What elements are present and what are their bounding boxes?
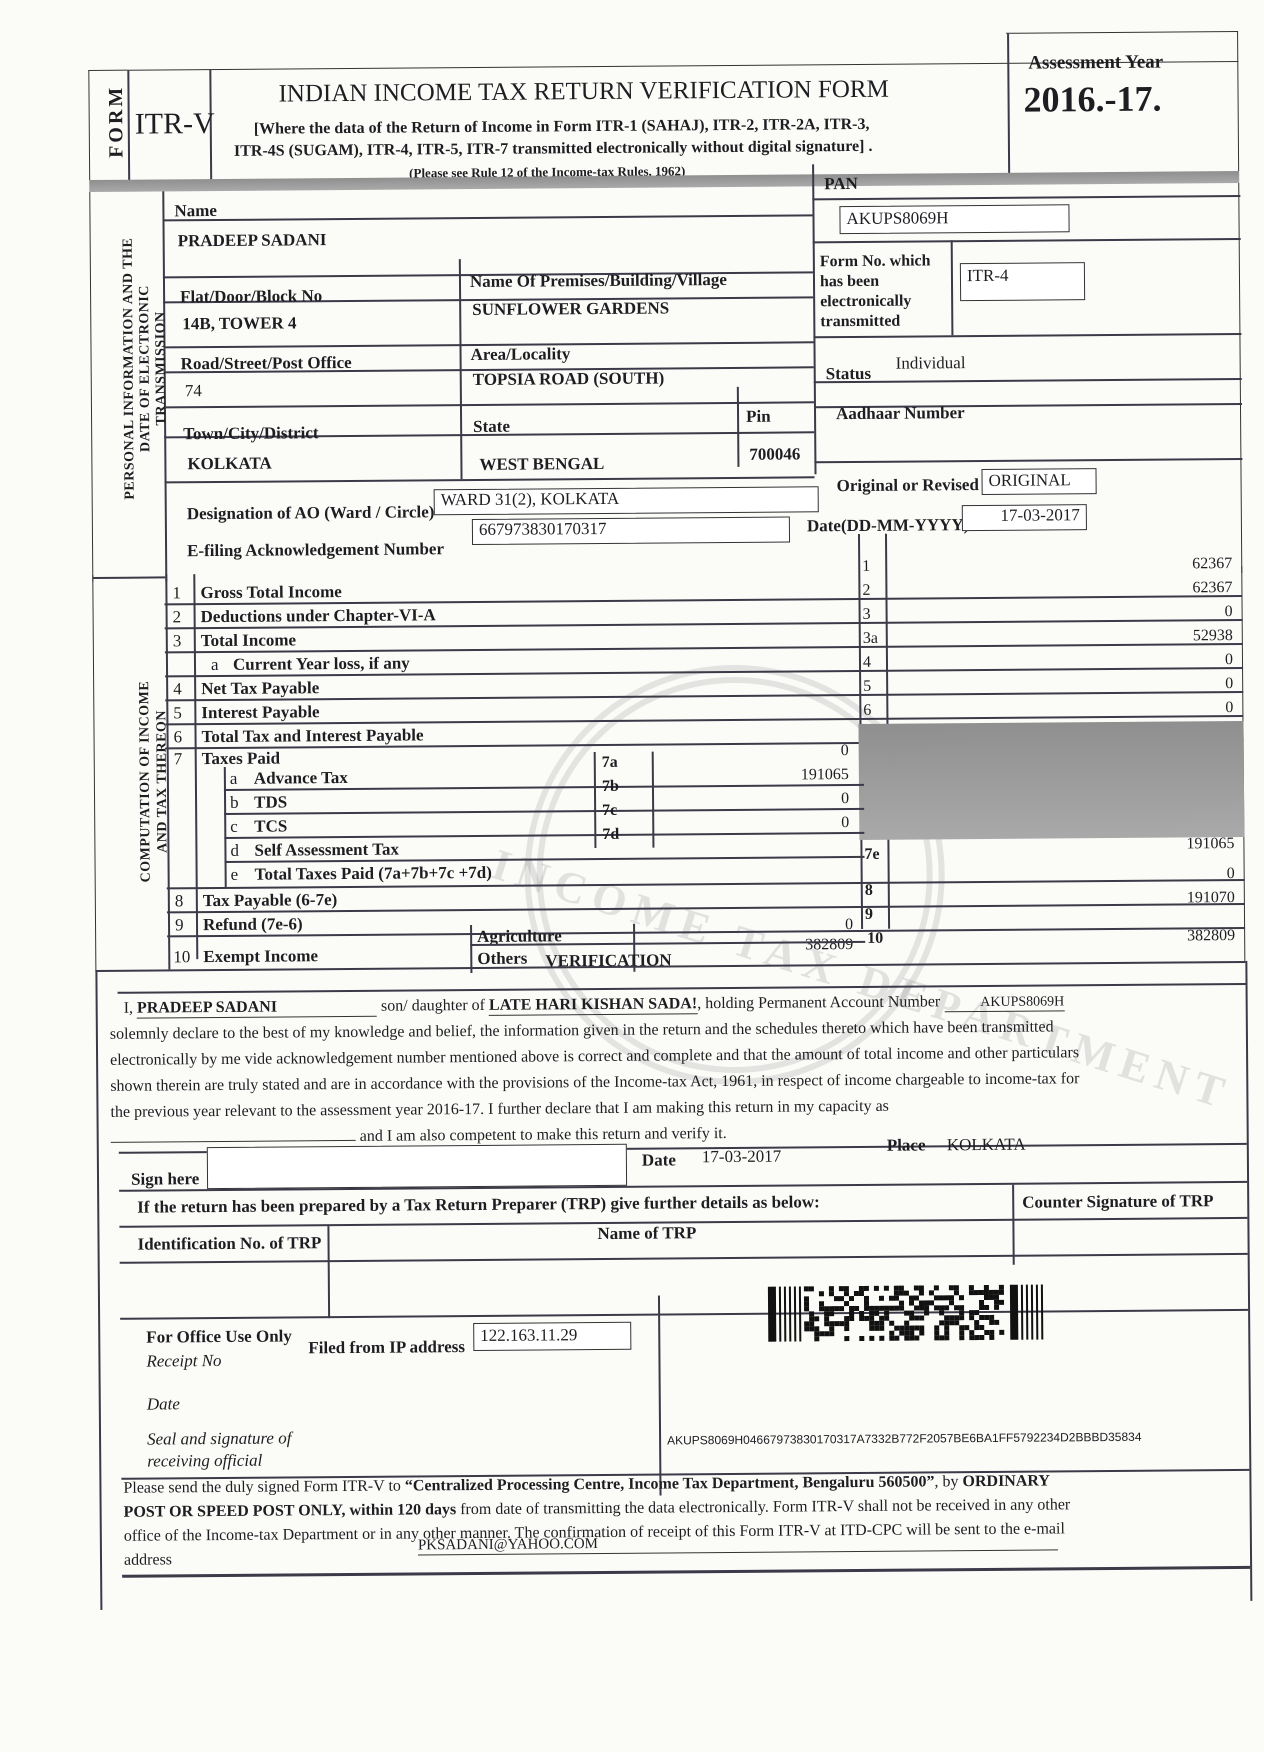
ao-field[interactable]: WARD 31(2), KOLKATA — [434, 486, 819, 515]
row-number: 4 — [173, 679, 182, 699]
sub-label: Self Assessment Tax — [254, 840, 399, 861]
row-number: 6 — [173, 727, 182, 747]
sub-value: 0 — [654, 790, 849, 810]
row-value: 382809 — [895, 927, 1235, 948]
row-ref: 3a — [863, 630, 878, 648]
row-label: Tax Payable (6-7e) — [203, 890, 338, 911]
pan-label: PAN — [824, 174, 858, 194]
signature-box[interactable] — [207, 1144, 627, 1189]
orig-rev-label: Original or Revised — [837, 475, 979, 496]
row-number: 3 — [173, 631, 182, 651]
premises-value: SUNFLOWER GARDENS — [472, 298, 669, 320]
row-ref: 10 — [867, 930, 883, 948]
sub-letter: d — [230, 841, 239, 861]
road-value: 74 — [185, 381, 202, 401]
place-value: KOLKATA — [947, 1135, 1026, 1156]
trp-id-field[interactable] — [122, 1264, 326, 1316]
row-label: Interest Payable — [201, 702, 319, 723]
form-no-field[interactable]: ITR-4 — [960, 262, 1085, 301]
assessment-year: 2016.-17. — [1023, 78, 1161, 121]
verification-line2: electronically by me vide acknowledgemen… — [110, 1044, 1079, 1070]
row-number: 2 — [173, 607, 182, 627]
ack-label: E-filing Acknowledgement Number — [187, 539, 444, 561]
sub-letter: c — [230, 817, 238, 837]
trp-intro: If the return has been prepared by a Tax… — [137, 1192, 820, 1217]
computation-rows: 1Gross Total Income1623672Deductions und… — [88, 21, 1248, 30]
row-value: 191065 — [894, 835, 1234, 856]
sub-value: 0 — [654, 814, 849, 834]
ack-field[interactable]: 667973830170317 — [472, 517, 790, 545]
town-label: Town/City/District — [183, 423, 319, 444]
verification-line5: and I am also competent to make this ret… — [111, 1125, 727, 1148]
row-value: 62367 — [892, 555, 1232, 576]
verification-line4: the previous year relevant to the assess… — [110, 1098, 889, 1122]
ao-label: Designation of AO (Ward / Circle) — [187, 502, 435, 524]
date-label: Date(DD-MM-YYYY) — [807, 515, 970, 536]
sub-label: TCS — [254, 816, 287, 836]
sub-label: Advance Tax — [254, 768, 348, 789]
row-ref: 3 — [863, 606, 871, 624]
itr-v-form: INCOME TAX DEPARTMENT FORM ITR-V INDIAN … — [88, 21, 1260, 1615]
row-number: 7 — [174, 749, 183, 769]
state-value: WEST BENGAL — [479, 454, 604, 475]
road-label: Road/Street/Post Office — [181, 353, 352, 374]
date-field[interactable]: 17-03-2017 — [962, 504, 1087, 531]
computation-section-label: COMPUTATION OF INCOME AND TAX THEREON — [136, 661, 172, 901]
row-value: 191070 — [895, 889, 1235, 910]
sub-label: TDS — [254, 792, 287, 812]
row-ref: 6 — [863, 702, 871, 720]
name-value: PRADEEP SADANI — [178, 230, 327, 251]
row-value: 62367 — [892, 579, 1232, 600]
sub-ref: 7c — [602, 802, 617, 820]
row-label: Total Tax and Interest Payable — [201, 725, 423, 747]
row-ref: 9 — [865, 906, 873, 924]
receipt-no-label: Receipt No — [146, 1351, 221, 1372]
town-value: KOLKATA — [187, 454, 272, 475]
office-date-label: Date — [147, 1394, 180, 1414]
form-code: ITR-V — [135, 107, 215, 142]
row-number: a — [211, 655, 219, 675]
name-label: Name — [174, 201, 217, 221]
row-label: Total Income — [201, 630, 296, 651]
flat-label: Flat/Door/Block No — [180, 286, 322, 307]
row-number: 8 — [175, 891, 184, 911]
office-use-title: For Office Use Only — [146, 1326, 292, 1347]
seal-label-2: receiving official — [147, 1451, 262, 1472]
pan-field[interactable]: AKUPS8069H — [839, 204, 1069, 234]
row-number: 9 — [175, 915, 184, 935]
row-value: 0 — [895, 865, 1235, 886]
barcode-icon — [768, 1285, 1046, 1342]
row-number: 1 — [172, 583, 181, 603]
sub-letter: a — [230, 769, 238, 789]
row-label: Current Year loss, if any — [233, 653, 410, 674]
sub-label: Total Taxes Paid (7a+7b+7c +7d) — [255, 863, 492, 885]
sub-value: 0 — [654, 742, 849, 762]
pin-label: Pin — [746, 407, 771, 427]
row-ref: 8 — [865, 882, 873, 900]
footer-address-label: address — [124, 1551, 172, 1569]
aadhaar-label: Aadhaar Number — [836, 403, 965, 424]
row-number: 10 — [173, 947, 190, 967]
area-label: Area/Locality — [470, 344, 570, 365]
agri-value: 0 — [635, 916, 853, 936]
state-label: State — [473, 417, 510, 437]
sub-ref: 7a — [602, 754, 618, 772]
area-value: TOPSIA ROAD (SOUTH) — [473, 368, 665, 390]
email-value[interactable]: PKSADANI@YAHOO.COM — [418, 1532, 1058, 1555]
orig-rev-field[interactable]: ORIGINAL — [981, 468, 1096, 495]
verification-heading: VERIFICATION — [545, 950, 671, 971]
row-label: Gross Total Income — [200, 582, 342, 603]
row-value: 0 — [893, 675, 1233, 696]
row-ref: 5 — [863, 678, 871, 696]
shaded-area — [858, 721, 1244, 840]
row-label: Refund (7e-6) — [203, 914, 303, 935]
personal-section-label: PERSONAL INFORMATION AND THE DATE OF ELE… — [120, 203, 171, 533]
seal-label-1: Seal and signature of — [147, 1428, 291, 1449]
row-ref: 1 — [862, 558, 870, 576]
ip-label: Filed from IP address — [308, 1337, 465, 1358]
declarant-name: PRADEEP SADANI — [137, 998, 377, 1019]
verification-pan: AKUPS8069H — [944, 994, 1064, 1012]
sub-letter: e — [231, 865, 239, 885]
form-side-label: FORM — [105, 81, 129, 161]
footer-line2: POST OR SPEED POST ONLY, within 120 days… — [124, 1496, 1071, 1521]
verification-line1: solemnly declare to the best of my knowl… — [110, 1018, 1054, 1043]
ip-field[interactable]: 122.163.11.29 — [473, 1322, 631, 1351]
flat-value: 14B, TOWER 4 — [182, 313, 296, 334]
sub-value: 191065 — [654, 766, 849, 786]
sub-letter: b — [230, 793, 239, 813]
row-label: Exempt Income — [203, 946, 318, 967]
sub-ref: 7d — [602, 826, 619, 844]
counter-signature-label: Counter Signature of TRP — [1022, 1191, 1213, 1213]
parent-name: LATE HARI KISHAN SADA! — [489, 995, 697, 1016]
verification-line3: shown therein are truly stated and are i… — [110, 1070, 1079, 1096]
row-number: 5 — [173, 703, 182, 723]
row-label: Deductions under Chapter-VI-A — [201, 605, 436, 627]
trp-id-label: Identification No. of TRP — [137, 1233, 321, 1254]
verification-date: 17-03-2017 — [702, 1147, 781, 1168]
assessment-year-label: Assessment Year — [1028, 52, 1163, 75]
verification-date-label: Date — [642, 1150, 676, 1170]
row-value: 0 — [893, 603, 1233, 624]
premises-label: Name Of Premises/Building/Village — [470, 270, 727, 292]
row-label: Net Tax Payable — [201, 678, 319, 699]
place-label: Place — [887, 1135, 926, 1155]
row-ref: 4 — [863, 654, 871, 672]
barcode-text: AKUPS8069H04667973830170317A7332B772F205… — [667, 1430, 1141, 1448]
status-label: Status — [826, 364, 872, 384]
row-ref: 7e — [864, 846, 879, 864]
row-label: Taxes Paid — [202, 749, 280, 770]
row-value: 52938 — [893, 627, 1233, 648]
sign-label: Sign here — [131, 1169, 199, 1190]
status-value: Individual — [896, 353, 966, 374]
row-value: 0 — [893, 699, 1233, 720]
pin-value: 700046 — [749, 444, 800, 464]
form-title: INDIAN INCOME TAX RETURN VERIFICATION FO… — [278, 76, 888, 109]
sub-ref: 7b — [602, 778, 619, 796]
form-no-label: Form No. which has been electronically t… — [820, 251, 931, 332]
trp-name-label: Name of TRP — [597, 1223, 696, 1244]
row-ref: 2 — [862, 582, 870, 600]
row-value: 0 — [893, 651, 1233, 672]
